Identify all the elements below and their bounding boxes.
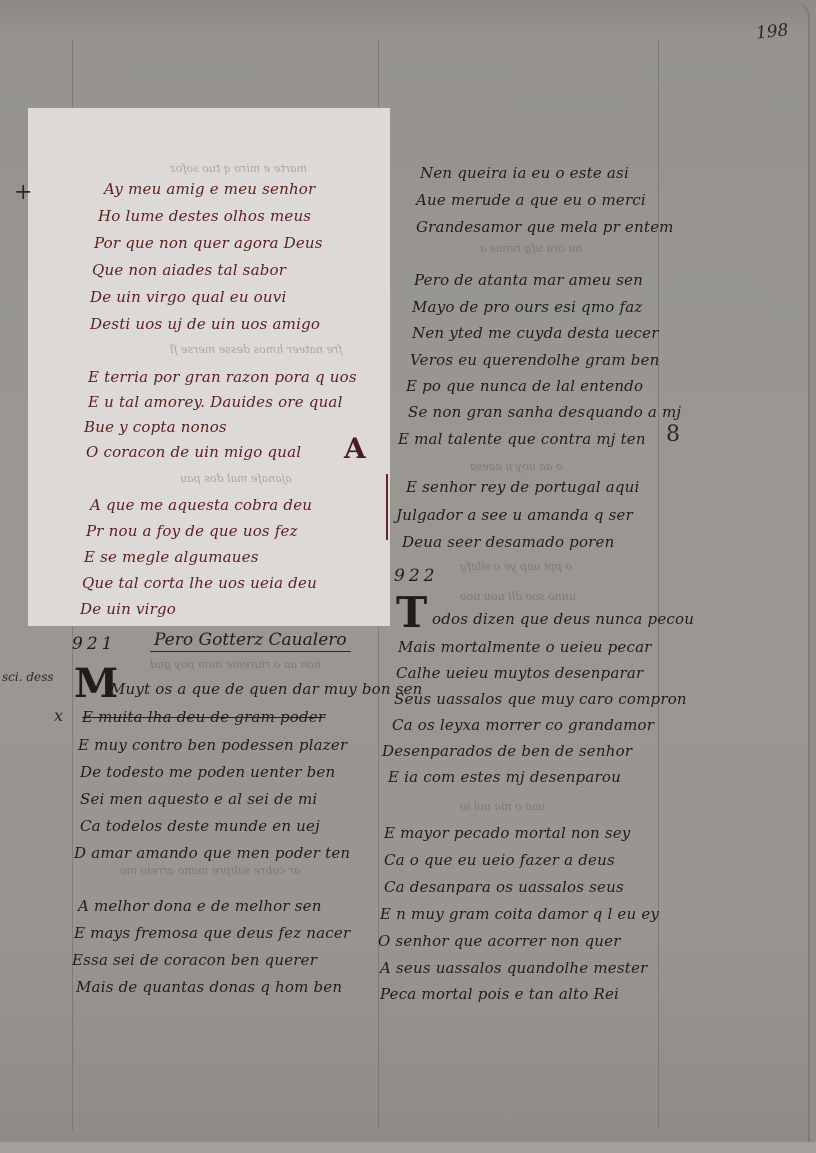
verse-line: Nen yted me cuyda desta uecer — [412, 324, 659, 342]
verse-line: E senhor rey de portugal aqui — [406, 478, 640, 496]
verse-line: Por que non quer agora Deus — [94, 234, 323, 252]
verse-line: Aue merude a que eu o merci — [416, 191, 646, 209]
verse-line: Grandesamor que mela pr entem — [416, 218, 674, 236]
verse-line: Desti uos uj de uin uos amigo — [90, 315, 320, 333]
verse-line: Mais de quantas donas q hom ben — [76, 978, 342, 996]
verse-line: Ho lume destes olhos meus — [98, 207, 311, 225]
author-heading: Pero Gotterz Caualero — [150, 630, 351, 652]
poem-number: 921 — [72, 634, 116, 654]
verse-line: Mayo de pro ours esi qmo faz — [412, 298, 642, 316]
verse-line: E muita lha deu de gram poder — [82, 708, 325, 726]
verse-line: E muy contro ben podessen plazer — [78, 736, 347, 754]
verse-line: Nen queira ia eu o este asi — [420, 164, 629, 182]
verse-line: Mais mortalmente o ueieu pecar — [398, 638, 652, 656]
verse-line: Pr nou a foy de que uos fez — [86, 522, 298, 540]
verse-line: odos dizen que deus nunca pecou — [432, 610, 694, 628]
decorated-initial-a: A — [344, 432, 366, 465]
verse-line: Se non gran sanha desquando a mj — [408, 403, 681, 421]
verse-line: De uin virgo — [80, 600, 176, 618]
verse-line: E n muy gram coita damor q l eu ey — [380, 905, 659, 923]
verse-line: Que non aiades tal sabor — [92, 261, 286, 279]
verse-line: Ca os leyxa morrer co grandamor — [392, 716, 654, 734]
bleed-through-text: ar cobre salipre mano arreio mo — [120, 864, 300, 877]
red-margin-bar — [386, 474, 388, 540]
verse-line: Julgador a see u amanda q ser — [396, 506, 633, 524]
verse-line: Ca todelos deste munde en uej — [80, 817, 320, 835]
poem-number: 922 — [394, 566, 438, 586]
verse-line: Seus uassalos que muy caro compron — [394, 690, 687, 708]
verse-line: O coracon de uin migo qual — [86, 443, 301, 461]
verse-line: Muyt os a que de quen dar muy bon sen — [110, 680, 423, 698]
bleed-through-text: o ppi uap ye o sllafg — [460, 560, 572, 573]
verse-line: Ay meu amig e meu senhor — [104, 180, 315, 198]
bleed-through-text: uaa o nia uol io — [460, 800, 545, 813]
bleed-through-text: marte e miro q tuo sofoz — [170, 162, 307, 175]
ruling-line — [658, 40, 659, 1130]
verse-line: Ca desanpara os uassalos seus — [384, 878, 624, 896]
margin-mark-8: 8 — [666, 422, 680, 447]
bleed-through-text: nu ora ufg renas a — [480, 242, 582, 255]
bleed-through-text: o aa uoy u aaesa — [470, 460, 563, 473]
verse-line: E u tal amorey. Dauides ore qual — [88, 393, 343, 411]
bleed-through-text: ajanafe mal dos pau — [180, 472, 292, 485]
verse-line: A que me aquesta cobra deu — [90, 496, 312, 514]
verse-line: Veros eu querendolhe gram ben — [410, 351, 660, 369]
bleed-through-text: fre nateer hmos desse merse fl — [170, 343, 343, 356]
verse-line: Calhe ueieu muytos desenparar — [396, 664, 643, 682]
margin-note-sci: sci. dess — [2, 670, 53, 684]
verse-line: E mal talente que contra mj ten — [398, 430, 646, 448]
decorated-initial-t: T — [396, 588, 427, 637]
folio-number: 198 — [755, 20, 789, 43]
verse-line: E se megle algumaues — [84, 548, 259, 566]
verse-line: De todesto me poden uenter ben — [80, 763, 335, 781]
verse-line: Que tal corta lhe uos ueia deu — [82, 574, 317, 592]
margin-cross: + — [14, 180, 32, 205]
verse-line: Essa sei de coracon ben querer — [72, 951, 317, 969]
verse-line: Ca o que eu ueio fazer a deus — [384, 851, 615, 869]
verse-line: E terria por gran razon pora q uos — [88, 368, 357, 386]
verse-line: E mays fremosa que deus fez nacer — [74, 924, 350, 942]
bleed-through-text: non aa o riureme mon poy gud — [150, 658, 321, 671]
verse-line: Bue y copta nonos — [84, 418, 227, 436]
verse-line: E po que nunca de lal entendo — [406, 377, 643, 395]
margin-x: x — [54, 706, 63, 725]
verse-line: Pero de atanta mar ameu sen — [414, 271, 643, 289]
verse-line: E ia com estes mj desenparou — [388, 768, 621, 786]
background-strip — [0, 1142, 816, 1153]
verse-line: De uin virgo qual eu ouvi — [90, 288, 286, 306]
verse-line: A melhor dona e de melhor sen — [78, 897, 322, 915]
verse-line: A seus uassalos quandolhe mester — [380, 959, 647, 977]
verse-line: Peca mortal pois e tan alto Rei — [380, 985, 619, 1003]
verse-line: Desenparados de ben de senhor — [382, 742, 632, 760]
verse-line: Deua seer desamado poren — [402, 533, 615, 551]
verse-line: E mayor pecado mortal non sey — [384, 824, 630, 842]
verse-line: O senhor que acorrer non quer — [378, 932, 621, 950]
bleed-through-text: unno soo dll uou uoo — [460, 590, 576, 603]
verse-line: D amar amando que men poder ten — [74, 844, 350, 862]
verse-line: Sei men aquesto e al sei de mi — [80, 790, 317, 808]
manuscript-page: 198 + sci. dess x marte e miro q tuo sof… — [0, 0, 810, 1144]
